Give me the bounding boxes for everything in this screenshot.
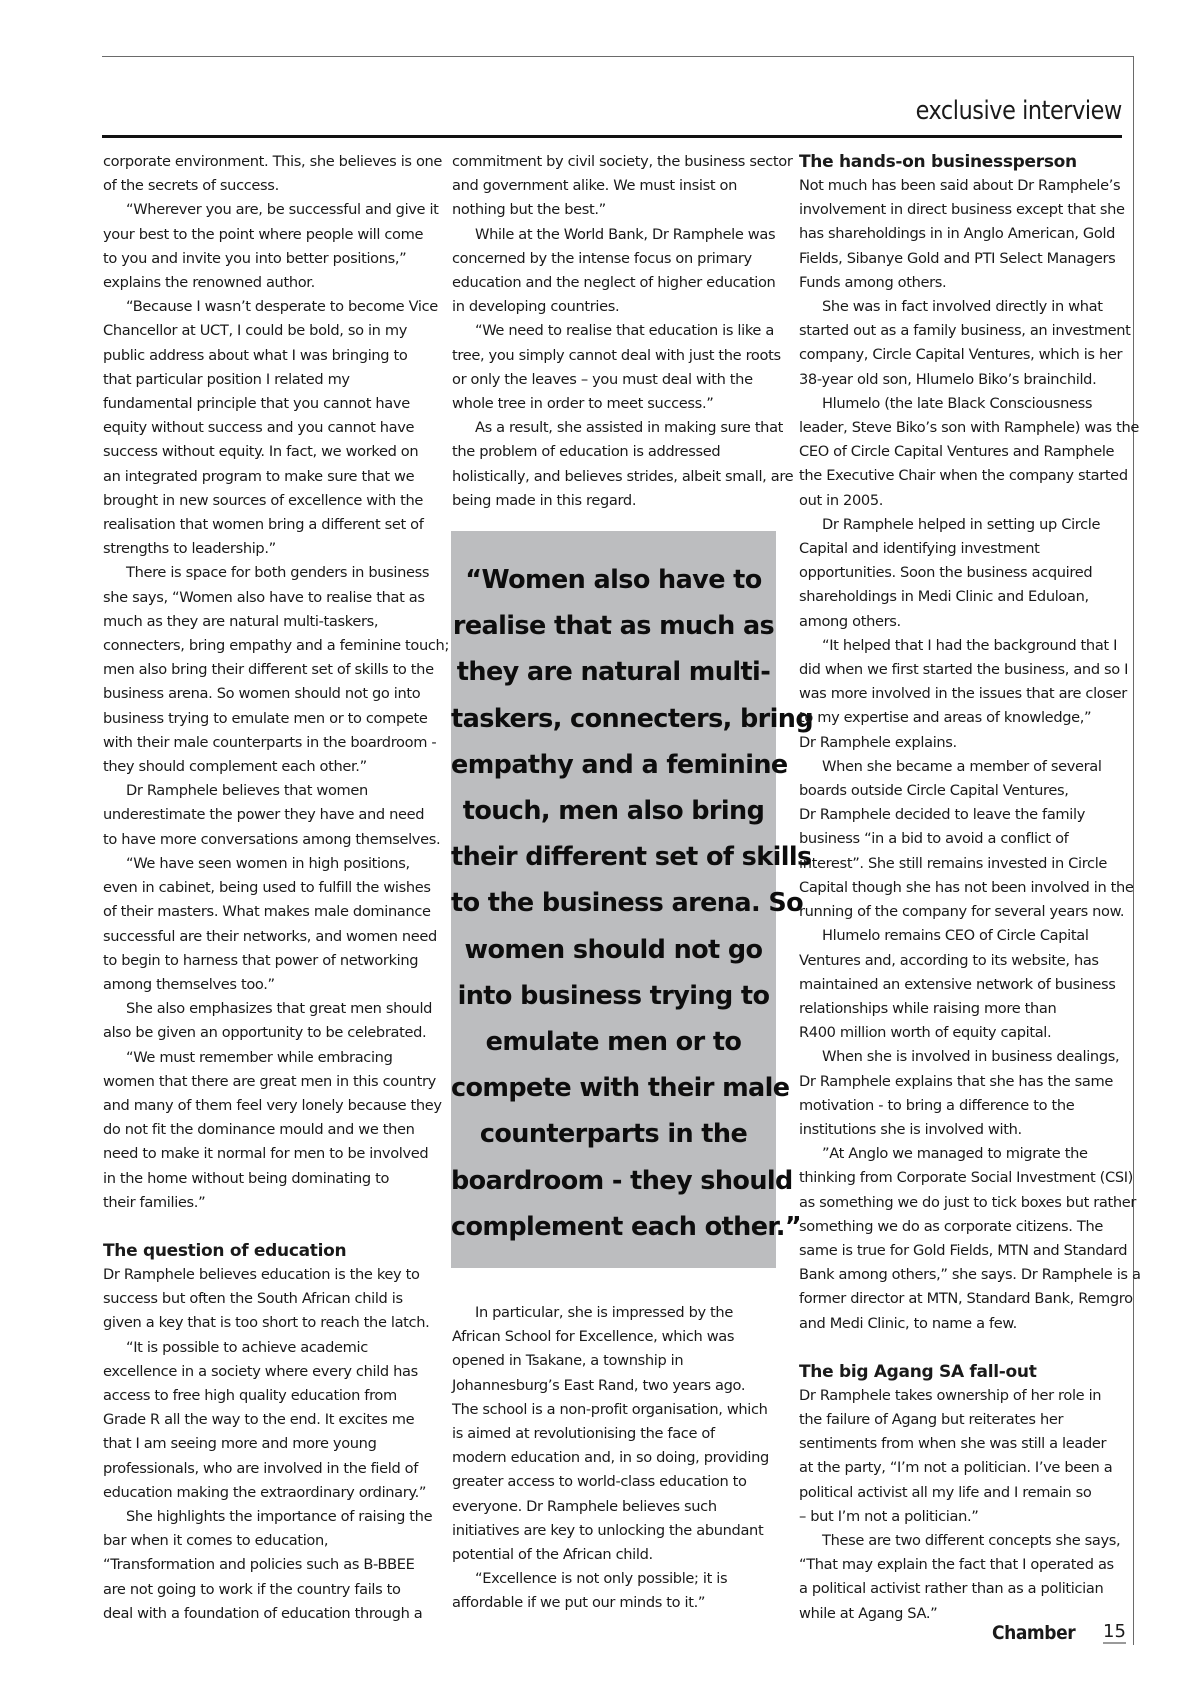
text-line: connecters, bring empathy and a feminine…: [103, 634, 433, 658]
text-line: “That may explain the fact that I operat…: [799, 1553, 1129, 1577]
text-line: business trying to emulate men or to com…: [103, 707, 433, 731]
pull-quote-line: “Women also have to: [451, 557, 776, 603]
text-line: whole tree in order to meet success.”: [452, 392, 782, 416]
text-line: they should complement each other.”: [103, 755, 433, 779]
text-line: The school is a non-profit organisation,…: [452, 1398, 769, 1422]
text-line: success without equity. In fact, we work…: [103, 440, 433, 464]
pull-quote-line: women should not go: [451, 927, 776, 973]
text-line: greater access to world-class education …: [452, 1470, 769, 1494]
text-line: former director at MTN, Standard Bank, R…: [799, 1287, 1129, 1311]
text-line: Hlumelo remains CEO of Circle Capital: [799, 924, 1129, 948]
text-line: Ventures and, according to its website, …: [799, 949, 1129, 973]
text-line: CEO of Circle Capital Ventures and Ramph…: [799, 440, 1129, 464]
text-line: “Excellence is not only possible; it is: [452, 1567, 769, 1591]
text-line: your best to the point where people will…: [103, 223, 433, 247]
text-line: successful are their networks, and women…: [103, 925, 433, 949]
text-line: among others.: [799, 610, 1129, 634]
text-line: or only the leaves – you must deal with …: [452, 368, 782, 392]
text-line: affordable if we put our minds to it.”: [452, 1591, 769, 1615]
text-line: Dr Ramphele explains.: [799, 731, 1129, 755]
text-line: “Transformation and policies such as B-B…: [103, 1553, 433, 1577]
text-line: shareholdings in Medi Clinic and Eduloan…: [799, 585, 1129, 609]
pull-quote-line: emulate men or to: [451, 1019, 776, 1065]
text-line: Bank among others,” she says. Dr Ramphel…: [799, 1263, 1129, 1287]
text-line: institutions she is involved with.: [799, 1118, 1129, 1142]
text-line: fundamental principle that you cannot ha…: [103, 392, 433, 416]
text-line: given a key that is too short to reach t…: [103, 1311, 433, 1335]
text-line: deal with a foundation of education thro…: [103, 1602, 433, 1626]
text-line: business arena. So women should not go i…: [103, 682, 433, 706]
spacer: [799, 1336, 1129, 1360]
column-3-body: Not much has been said about Dr Ramphele…: [799, 174, 1129, 1336]
text-line: She was in fact involved directly in wha…: [799, 295, 1129, 319]
text-line: “Because I wasn’t desperate to become Vi…: [103, 295, 433, 319]
text-line: While at the World Bank, Dr Ramphele was: [452, 223, 782, 247]
section-label: exclusive interview: [916, 96, 1122, 126]
text-line: Fields, Sibanye Gold and PTI Select Mana…: [799, 247, 1129, 271]
text-line: Johannesburg’s East Rand, two years ago.: [452, 1374, 769, 1398]
text-line: maintained an extensive network of busin…: [799, 973, 1129, 997]
pull-quote-line: to the business arena. So: [451, 880, 776, 926]
pull-quote-line: empathy and a feminine: [451, 742, 776, 788]
column-2-body: commitment by civil society, the busines…: [452, 150, 782, 513]
text-line: in the home without being dominating to: [103, 1167, 433, 1191]
text-line: their families.”: [103, 1191, 433, 1215]
text-line: potential of the African child.: [452, 1543, 769, 1567]
text-line: In particular, she is impressed by the: [452, 1301, 769, 1325]
text-line: initiatives are key to unlocking the abu…: [452, 1519, 769, 1543]
text-line: sentiments from when she was still a lea…: [799, 1432, 1129, 1456]
text-line: strengths to leadership.”: [103, 537, 433, 561]
text-line: modern education and, in so doing, provi…: [452, 1446, 769, 1470]
text-line: that I am seeing more and more young: [103, 1432, 433, 1456]
text-line: When she is involved in business dealing…: [799, 1045, 1129, 1069]
spacer: [103, 1215, 433, 1239]
frame-right-rule: [1133, 56, 1134, 1645]
text-line: She highlights the importance of raising…: [103, 1505, 433, 1529]
text-line: everyone. Dr Ramphele believes such: [452, 1495, 769, 1519]
text-line: realisation that women bring a different…: [103, 513, 433, 537]
article-column-2: commitment by civil society, the busines…: [452, 150, 782, 513]
pull-quote-line: they are natural multi-: [451, 649, 776, 695]
pull-quote-line: taskers, connecters, bring: [451, 696, 776, 742]
text-line: Capital and identifying investment: [799, 537, 1129, 561]
text-line: As a result, she assisted in making sure…: [452, 416, 782, 440]
text-line: of the secrets of success.: [103, 174, 433, 198]
text-line: – but I’m not a politician.”: [799, 1505, 1129, 1529]
pull-quote-line: touch, men also bring: [451, 788, 776, 834]
text-line: involvement in direct business except th…: [799, 198, 1129, 222]
article-column-3: The hands-on businessperson Not much has…: [799, 150, 1129, 1626]
text-line: These are two different concepts she say…: [799, 1529, 1129, 1553]
text-line: of their masters. What makes male domina…: [103, 900, 433, 924]
text-line: a political activist rather than as a po…: [799, 1577, 1129, 1601]
text-line: Capital though she has not been involved…: [799, 876, 1129, 900]
text-line: access to free high quality education fr…: [103, 1384, 433, 1408]
column-2-body-after: In particular, she is impressed by theAf…: [452, 1301, 769, 1616]
text-line: “We have seen women in high positions,: [103, 852, 433, 876]
pull-quote-line: realise that as much as: [451, 603, 776, 649]
text-line: “We need to realise that education is li…: [452, 319, 782, 343]
text-line: she says, “Women also have to realise th…: [103, 586, 433, 610]
subheading-agang: The big Agang SA fall-out: [799, 1360, 1129, 1384]
text-line: being made in this regard.: [452, 489, 782, 513]
text-line: leader, Steve Biko’s son with Ramphele) …: [799, 416, 1129, 440]
text-line: in developing countries.: [452, 295, 782, 319]
text-line: equity without success and you cannot ha…: [103, 416, 433, 440]
text-line: holistically, and believes strides, albe…: [452, 465, 782, 489]
text-line: that particular position I related my: [103, 368, 433, 392]
text-line: commitment by civil society, the busines…: [452, 150, 782, 174]
text-line: When she became a member of several: [799, 755, 1129, 779]
text-line: explains the renowned author.: [103, 271, 433, 295]
text-line: political activist all my life and I rem…: [799, 1481, 1129, 1505]
pull-quote-line: boardroom - they should: [451, 1158, 776, 1204]
text-line: opened in Tsakane, a township in: [452, 1349, 769, 1373]
text-line: while at Agang SA.”: [799, 1602, 1129, 1626]
pull-quote-line: their different set of skills: [451, 834, 776, 880]
column-1-body: corporate environment. This, she believe…: [103, 150, 433, 1215]
text-line: motivation - to bring a difference to th…: [799, 1094, 1129, 1118]
text-line: business “in a bid to avoid a conflict o…: [799, 827, 1129, 851]
text-line: excellence in a society where every chil…: [103, 1360, 433, 1384]
text-line: boards outside Circle Capital Ventures,: [799, 779, 1129, 803]
text-line: education making the extraordinary ordin…: [103, 1481, 433, 1505]
text-line: to you and invite you into better positi…: [103, 247, 433, 271]
text-line: Not much has been said about Dr Ramphele…: [799, 174, 1129, 198]
text-line: interest”. She still remains invested in…: [799, 852, 1129, 876]
text-line: company, Circle Capital Ventures, which …: [799, 343, 1129, 367]
text-line: to my expertise and areas of knowledge,”: [799, 706, 1129, 730]
text-line: the Executive Chair when the company sta…: [799, 464, 1129, 488]
text-line: There is space for both genders in busin…: [103, 561, 433, 585]
text-line: Hlumelo (the late Black Consciousness: [799, 392, 1129, 416]
text-line: much as they are natural multi-taskers,: [103, 610, 433, 634]
pull-quote-line: compete with their male: [451, 1065, 776, 1111]
pull-quote-line: complement each other.”: [451, 1204, 776, 1250]
text-line: even in cabinet, being used to fulfill t…: [103, 876, 433, 900]
text-line: Dr Ramphele takes ownership of her role …: [799, 1384, 1129, 1408]
text-line: R400 million worth of equity capital.: [799, 1021, 1129, 1045]
text-line: professionals, who are involved in the f…: [103, 1457, 433, 1481]
text-line: bar when it comes to education,: [103, 1529, 433, 1553]
text-line: and many of them feel very lonely becaus…: [103, 1094, 433, 1118]
text-line: “It is possible to achieve academic: [103, 1336, 433, 1360]
text-line: an integrated program to make sure that …: [103, 465, 433, 489]
text-line: with their male counterparts in the boar…: [103, 731, 433, 755]
text-line: started out as a family business, an inv…: [799, 319, 1129, 343]
text-line: “Wherever you are, be successful and giv…: [103, 198, 433, 222]
subheading-businessperson: The hands-on businessperson: [799, 150, 1129, 174]
text-line: Dr Ramphele believes that women: [103, 779, 433, 803]
text-line: “We must remember while embracing: [103, 1046, 433, 1070]
text-line: underestimate the power they have and ne…: [103, 803, 433, 827]
subheading-education: The question of education: [103, 1239, 433, 1263]
page-number: 15: [1103, 1622, 1126, 1644]
frame-top-rule: [102, 56, 1133, 57]
text-line: something we do as corporate citizens. T…: [799, 1215, 1129, 1239]
text-line: Dr Ramphele explains that she has the sa…: [799, 1070, 1129, 1094]
header-rule: [102, 135, 1122, 138]
text-line: same is true for Gold Fields, MTN and St…: [799, 1239, 1129, 1263]
article-column-1: corporate environment. This, she believe…: [103, 150, 433, 1626]
column-1-body-2: Dr Ramphele believes education is the ke…: [103, 1263, 433, 1626]
text-line: education and the neglect of higher educ…: [452, 271, 782, 295]
text-line: Dr Ramphele helped in setting up Circle: [799, 513, 1129, 537]
text-line: at the party, “I’m not a politician. I’v…: [799, 1456, 1129, 1480]
article-column-2-continued: In particular, she is impressed by theAf…: [452, 1301, 769, 1616]
text-line: as something we do just to tick boxes bu…: [799, 1191, 1129, 1215]
text-line: women that there are great men in this c…: [103, 1070, 433, 1094]
text-line: the failure of Agang but reiterates her: [799, 1408, 1129, 1432]
text-line: corporate environment. This, she believe…: [103, 150, 433, 174]
pull-quote-text: “Women also have torealise that as much …: [451, 531, 776, 1250]
magazine-brand: Chamber: [992, 1622, 1075, 1644]
text-line: Dr Ramphele decided to leave the family: [799, 803, 1129, 827]
text-line: is aimed at revolutionising the face of: [452, 1422, 769, 1446]
pull-quote: “Women also have torealise that as much …: [451, 531, 776, 1268]
text-line: running of the company for several years…: [799, 900, 1129, 924]
text-line: She also emphasizes that great men shoul…: [103, 997, 433, 1021]
text-line: among themselves too.”: [103, 973, 433, 997]
text-line: thinking from Corporate Social Investmen…: [799, 1166, 1129, 1190]
text-line: need to make it normal for men to be inv…: [103, 1142, 433, 1166]
text-line: are not going to work if the country fai…: [103, 1578, 433, 1602]
text-line: concerned by the intense focus on primar…: [452, 247, 782, 271]
pull-quote-line: into business trying to: [451, 973, 776, 1019]
text-line: Chancellor at UCT, I could be bold, so i…: [103, 319, 433, 343]
text-line: Grade R all the way to the end. It excit…: [103, 1408, 433, 1432]
text-line: Funds among others.: [799, 271, 1129, 295]
text-line: the problem of education is addressed: [452, 440, 782, 464]
text-line: men also bring their different set of sk…: [103, 658, 433, 682]
text-line: “It helped that I had the background tha…: [799, 634, 1129, 658]
text-line: to begin to harness that power of networ…: [103, 949, 433, 973]
text-line: brought in new sources of excellence wit…: [103, 489, 433, 513]
text-line: success but often the South African chil…: [103, 1287, 433, 1311]
text-line: do not fit the dominance mould and we th…: [103, 1118, 433, 1142]
text-line: ”At Anglo we managed to migrate the: [799, 1142, 1129, 1166]
text-line: African School for Excellence, which was: [452, 1325, 769, 1349]
text-line: to have more conversations among themsel…: [103, 828, 433, 852]
text-line: also be given an opportunity to be celeb…: [103, 1021, 433, 1045]
text-line: 38-year old son, Hlumelo Biko’s brainchi…: [799, 368, 1129, 392]
text-line: relationships while raising more than: [799, 997, 1129, 1021]
text-line: Dr Ramphele believes education is the ke…: [103, 1263, 433, 1287]
text-line: nothing but the best.”: [452, 198, 782, 222]
text-line: and government alike. We must insist on: [452, 174, 782, 198]
text-line: out in 2005.: [799, 489, 1129, 513]
text-line: did when we first started the business, …: [799, 658, 1129, 682]
text-line: and Medi Clinic, to name a few.: [799, 1312, 1129, 1336]
text-line: tree, you simply cannot deal with just t…: [452, 344, 782, 368]
text-line: has shareholdings in in Anglo American, …: [799, 222, 1129, 246]
column-3-body-2: Dr Ramphele takes ownership of her role …: [799, 1384, 1129, 1626]
text-line: opportunities. Soon the business acquire…: [799, 561, 1129, 585]
text-line: public address about what I was bringing…: [103, 344, 433, 368]
pull-quote-line: counterparts in the: [451, 1111, 776, 1157]
text-line: was more involved in the issues that are…: [799, 682, 1129, 706]
